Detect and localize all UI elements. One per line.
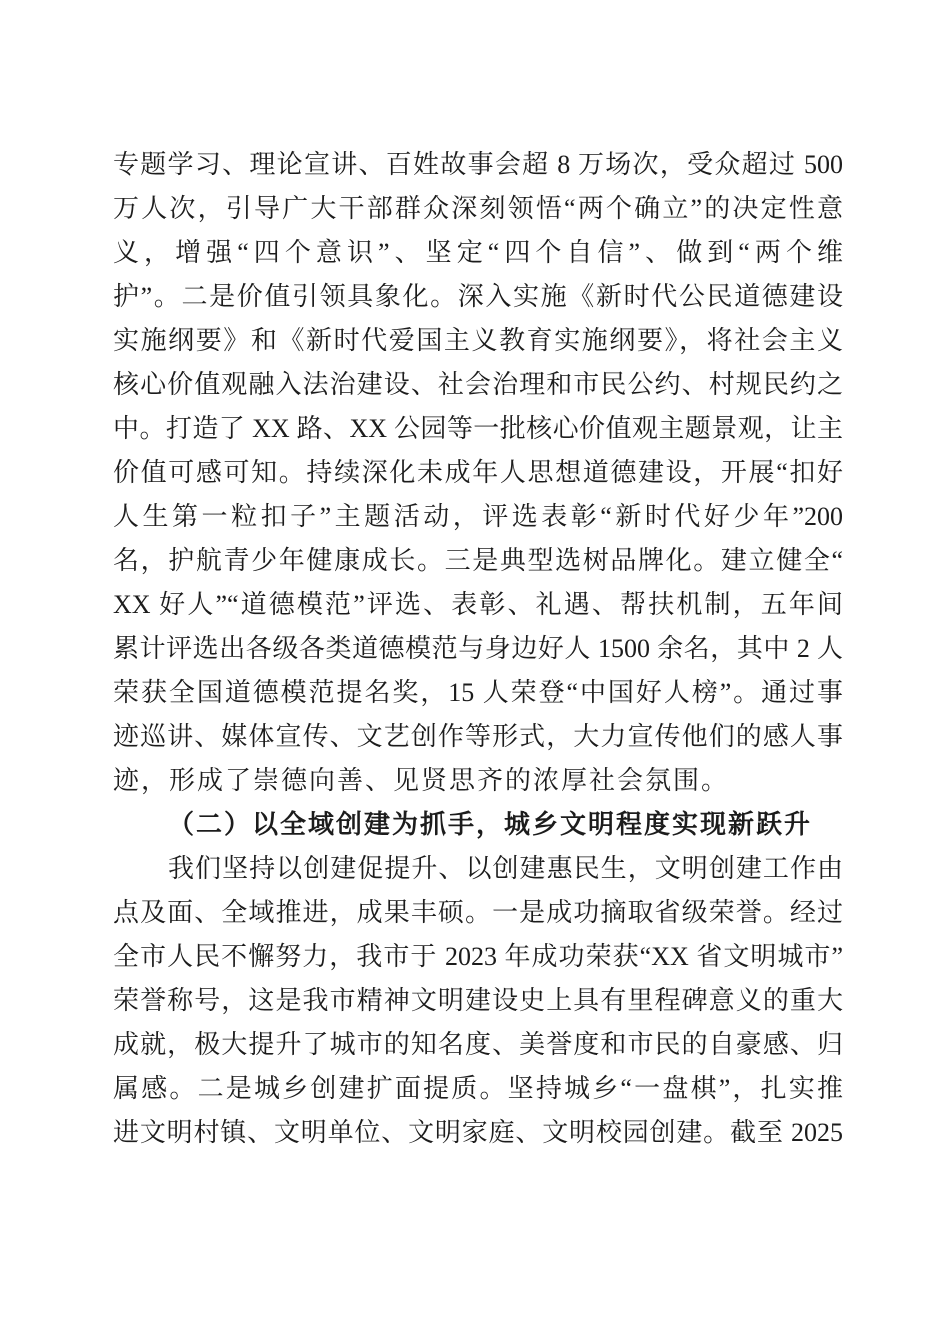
text-line: 中。打造了 XX 路、XX 公园等一批核心价值观主题景观，让主流 bbox=[113, 407, 843, 451]
text-line: 成就，极大提升了城市的知名度、美誉度和市民的自豪感、归 bbox=[113, 1023, 843, 1067]
text-line: 义，增强“四个意识”、坚定“四个自信”、做到“两个维 bbox=[113, 231, 843, 275]
text-line: 价值可感可知。持续深化未成年人思想道德建设，开展“扣好 bbox=[113, 451, 843, 495]
text-line: 荣誉称号，这是我市精神文明建设史上具有里程碑意义的重大 bbox=[113, 979, 843, 1023]
text-line: 万人次，引导广大干部群众深刻领悟“两个确立”的决定性意 bbox=[113, 187, 843, 231]
text-line: 专题学习、理论宣讲、百姓故事会超 8 万场次，受众超过 500 bbox=[113, 143, 843, 187]
text-line: 迹，形成了崇德向善、见贤思齐的浓厚社会氛围。 bbox=[113, 759, 843, 803]
text-line: 进文明村镇、文明单位、文明家庭、文明校园创建。截至 2025 bbox=[113, 1111, 843, 1155]
document-page: 专题学习、理论宣讲、百姓故事会超 8 万场次，受众超过 500万人次，引导广大干… bbox=[0, 0, 950, 1344]
text-line: 属感。二是城乡创建扩面提质。坚持城乡“一盘棋”，扎实推 bbox=[113, 1067, 843, 1111]
text-line: 实施纲要》和《新时代爱国主义教育实施纲要》，将社会主义 bbox=[113, 319, 843, 363]
text-line: 核心价值观融入法治建设、社会治理和市民公约、村规民约之 bbox=[113, 363, 843, 407]
text-line: XX 好人”“道德模范”评选、表彰、礼遇、帮扶机制，五年间 bbox=[113, 583, 843, 627]
section-heading: （二）以全域创建为抓手，城乡文明程度实现新跃升 bbox=[113, 803, 843, 847]
text-line: 我们坚持以创建促提升、以创建惠民生，文明创建工作由 bbox=[113, 847, 843, 891]
text-line: 人生第一粒扣子”主题活动，评选表彰“新时代好少年”200 bbox=[113, 495, 843, 539]
text-line: 全市人民不懈努力，我市于 2023 年成功荣获“XX 省文明城市” bbox=[113, 935, 843, 979]
text-line: 点及面、全域推进，成果丰硕。一是成功摘取省级荣誉。经过 bbox=[113, 891, 843, 935]
text-line: 累计评选出各级各类道德模范与身边好人 1500 余名，其中 2 人 bbox=[113, 627, 843, 671]
text-line: 迹巡讲、媒体宣传、文艺创作等形式，大力宣传他们的感人事 bbox=[113, 715, 843, 759]
document-text-block: 专题学习、理论宣讲、百姓故事会超 8 万场次，受众超过 500万人次，引导广大干… bbox=[113, 143, 843, 1155]
text-line: 护”。二是价值引领具象化。深入实施《新时代公民道德建设 bbox=[113, 275, 843, 319]
text-line: 名，护航青少年健康成长。三是典型选树品牌化。建立健全“ bbox=[113, 539, 843, 583]
text-line: 荣获全国道德模范提名奖，15 人荣登“中国好人榜”。通过事 bbox=[113, 671, 843, 715]
